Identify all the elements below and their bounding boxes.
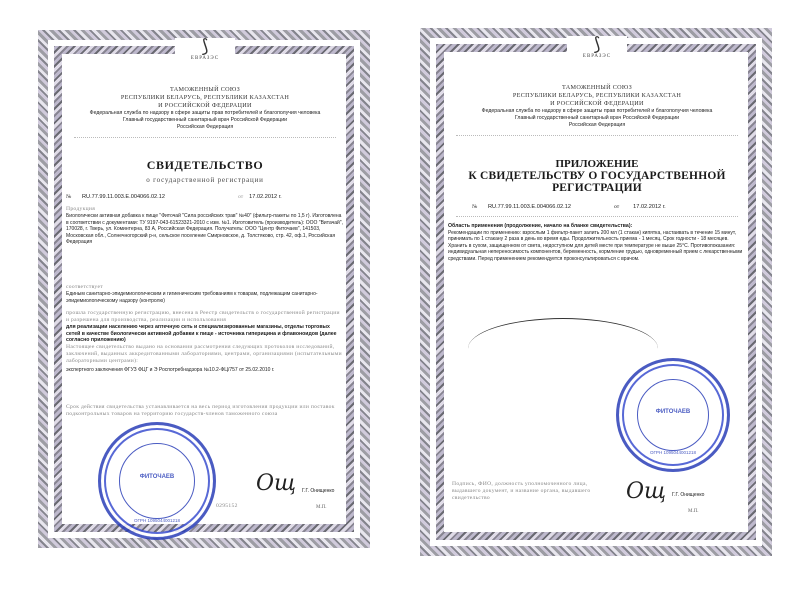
product-description: Биологически активная добавка к пище "Фи… [66,213,344,246]
agency-header: Федеральная служба по надзору в сфере за… [448,108,746,129]
union-header: ТАМОЖЕННЫЙ СОЮЗ РЕСПУБЛИКИ БЕЛАРУСЬ, РЕС… [66,86,344,110]
conformity-label: соответствует [66,284,344,291]
eurasec-logo: ⟆ ЕВРАЗЭС [175,38,235,61]
product-label: Продукция [66,206,344,213]
eurasec-emblem-icon: ⟆ [175,38,235,56]
registration-date: 17.02.2012 г. [249,194,281,200]
footer-text: Подпись, ФИО, должность уполномоченного … [452,481,592,502]
scope-heading: Область применения (продолжение, начало … [448,223,746,230]
union-header: ТАМОЖЕННЫЙ СОЮЗ РЕСПУБЛИКИ БЕЛАРУСЬ, РЕС… [448,84,746,108]
signature: Ощ [256,471,296,496]
signer-name: Г.Г. Онищенко [302,488,334,494]
divider [456,216,738,217]
registry-text: прошла государственную регистрацию, внес… [66,310,344,324]
eurasec-emblem-icon: ⟆ [567,36,627,54]
company-stamp: ФИТОЧАЕВ ОГРН 1095044001218 [98,422,216,540]
registration-number-line: № RU.77.99.11.003.E.004066.02.12 от 17.0… [472,204,746,210]
registration-date: 17.02.2012 г. [633,204,665,210]
validity-text: Срок действия свидетельства устанавливае… [66,404,344,418]
seal-place: М.П. [688,509,699,514]
basis-text: Настоящее свидетельство выдано на основа… [66,344,344,365]
appendix-title: ПРИЛОЖЕНИЕ [448,158,746,170]
appendix-subtitle: К СВИДЕТЕЛЬСТВУ О ГОСУДАРСТВЕННОЙ РЕГИСТ… [448,170,746,194]
conformity-text: Единым санитарно-эпидемиологическим и ги… [66,291,344,304]
seal-place: М.П. [316,505,327,510]
registration-number-line: № RU.77.99.11.003.E.004066.02.12 от 17.0… [66,194,344,200]
form-number: 0295152 [216,503,238,510]
cancellation-line [468,318,658,379]
registration-certificate: ⟆ ЕВРАЗЭС ТАМОЖЕННЫЙ СОЮЗ РЕСПУБЛИКИ БЕЛ… [38,30,370,548]
certificate-appendix: ⟆ ЕВРАЗЭС ТАМОЖЕННЫЙ СОЮЗ РЕСПУБЛИКИ БЕЛ… [420,28,772,556]
expert-conclusion: экспертного заключения ФГУЗ ФЦГ и Э Росп… [66,367,344,374]
company-stamp: ФИТОЧАЕВ ОГРН 1095044001218 [616,358,730,472]
usage-text: для реализации населению через аптечную … [66,324,344,344]
scope-text: Рекомендации по применению: взрослым 1 ф… [448,230,746,263]
document-subtitle: о государственной регистрации [66,176,344,184]
agency-header: Федеральная служба по надзору в сфере за… [66,110,344,131]
document-title: СВИДЕТЕЛЬСТВО [66,158,344,173]
divider [74,137,336,138]
signer-name: Г.Г. Онищенко [672,492,704,498]
signature: Ощ [626,479,666,504]
registration-number: RU.77.99.11.003.E.004066.02.12 [488,204,608,210]
divider [456,135,738,136]
eurasec-logo: ⟆ ЕВРАЗЭС [567,36,627,59]
registration-number: RU.77.99.11.003.E.004066.02.12 [82,194,202,200]
